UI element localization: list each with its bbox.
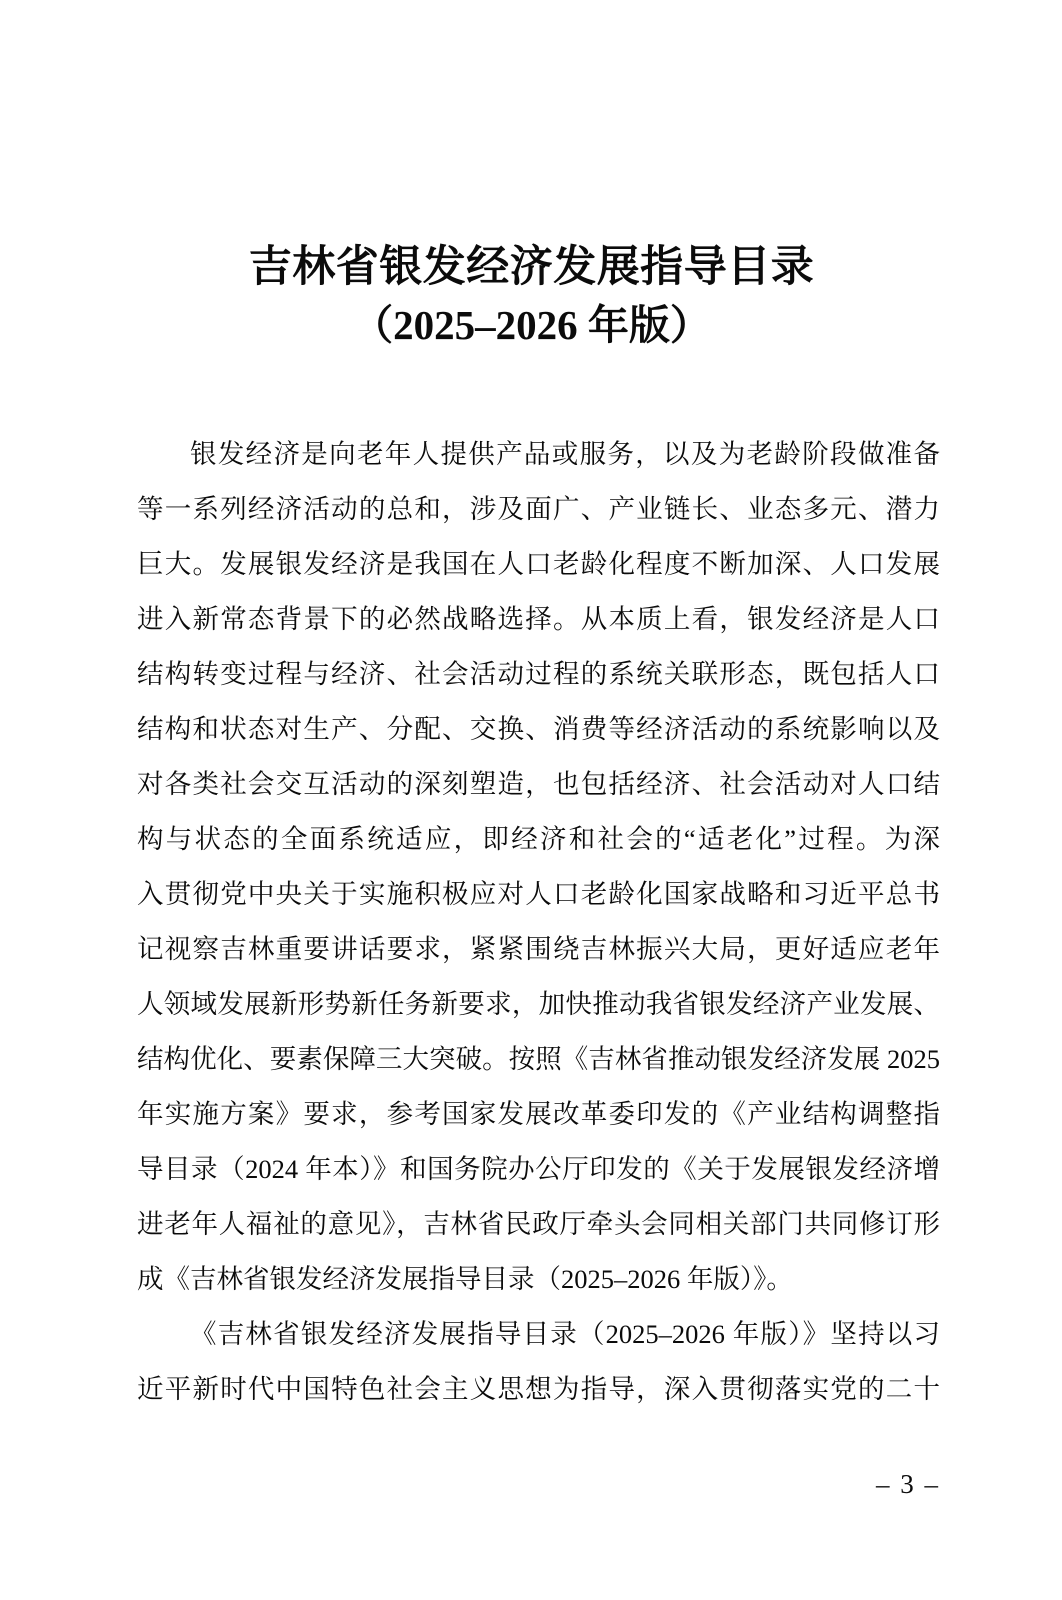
- body-line: 结构转变过程与经济、社会活动过程的系统关联形态，既包括人口: [137, 647, 940, 702]
- body-line: 年实施方案》要求，参考国家发展改革委印发的《产业结构调整指: [137, 1087, 940, 1142]
- body-line: 近平新时代中国特色社会主义思想为指导，深入贯彻落实党的二十: [137, 1362, 940, 1417]
- body-line: 进老年人福祉的意见》，吉林省民政厅牵头会同相关部门共同修订形: [137, 1197, 940, 1252]
- body-line: 结构和状态对生产、分配、交换、消费等经济活动的系统影响以及: [137, 702, 940, 757]
- body-line: 巨大。发展银发经济是我国在人口老龄化程度不断加深、人口发展: [137, 537, 940, 592]
- body-line: 《吉林省银发经济发展指导目录（2025–2026 年版）》坚持以习: [137, 1307, 940, 1362]
- body-line: 对各类社会交互活动的深刻塑造，也包括经济、社会活动对人口结: [137, 757, 940, 812]
- body-line: 记视察吉林重要讲话要求，紧紧围绕吉林振兴大局，更好适应老年: [137, 922, 940, 977]
- body-line: 结构优化、要素保障三大突破。按照《吉林省推动银发经济发展 2025: [137, 1032, 940, 1087]
- document-body: 银发经济是向老年人提供产品或服务，以及为老龄阶段做准备 等一系列经济活动的总和，…: [137, 427, 940, 1417]
- body-line: 构与状态的全面系统适应，即经济和社会的“适老化”过程。为深: [137, 812, 940, 867]
- page-number: – 3 –: [876, 1468, 940, 1500]
- document-title: 吉林省银发经济发展指导目录: [130, 240, 933, 296]
- document-page: 吉林省银发经济发展指导目录 （2025–2026 年版） 银发经济是向老年人提供…: [0, 0, 1062, 1600]
- body-line: 入贯彻党中央关于实施积极应对人口老龄化国家战略和习近平总书: [137, 867, 940, 922]
- body-line: 导目录（2024 年本）》和国务院办公厅印发的《关于发展银发经济增: [137, 1142, 940, 1197]
- body-line: 等一系列经济活动的总和，涉及面广、产业链长、业态多元、潜力: [137, 482, 940, 537]
- body-line: 银发经济是向老年人提供产品或服务，以及为老龄阶段做准备: [137, 427, 940, 482]
- body-line: 人领域发展新形势新任务新要求，加快推动我省银发经济产业发展、: [137, 977, 940, 1032]
- body-line: 进入新常态背景下的必然战略选择。从本质上看，银发经济是人口: [137, 592, 940, 647]
- body-line: 成《吉林省银发经济发展指导目录（2025–2026 年版）》。: [137, 1252, 940, 1307]
- document-subtitle: （2025–2026 年版）: [130, 298, 933, 352]
